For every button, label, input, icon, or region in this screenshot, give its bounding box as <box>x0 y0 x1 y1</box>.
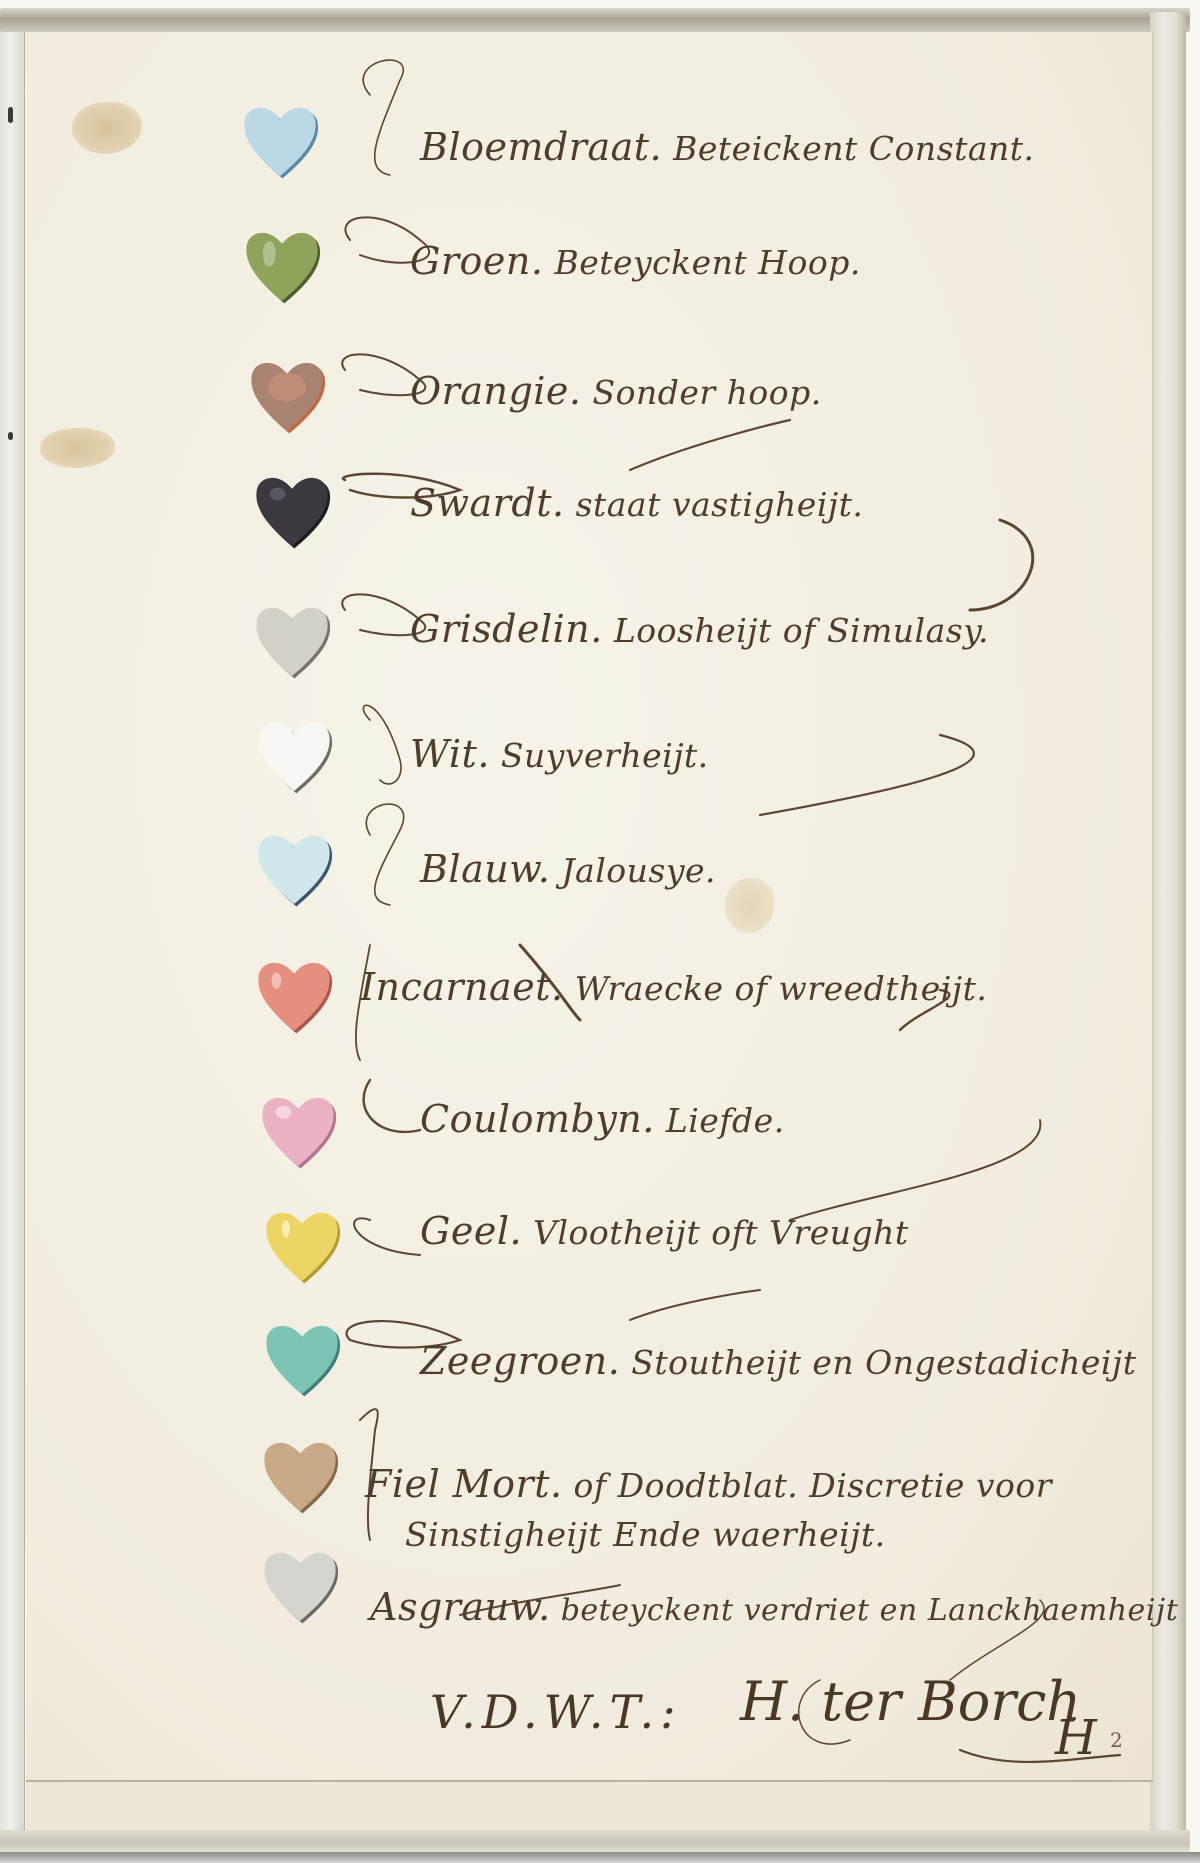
entry-9: Coulombyn. Liefde. <box>420 1100 785 1138</box>
entry-6: Wit. Suyverheijt. <box>410 735 709 773</box>
heart-icon-pink <box>256 1090 340 1170</box>
binding-mark <box>8 107 13 123</box>
entry-12-line-2: Sinstigheijt Ende waerheijt. <box>405 1518 886 1551</box>
entry-color-name: Fiel Mort. <box>365 1462 563 1506</box>
binding-mark <box>8 432 13 440</box>
entry-color-name: Geel. <box>420 1209 522 1253</box>
entry-meaning-continued: Sinstigheijt Ende waerheijt. <box>405 1515 886 1554</box>
entry-2: Groen. Beteyckent Hoop. <box>410 242 861 280</box>
entry-8: Incarnaet. Wraecke of wreedtheijt. <box>360 968 987 1006</box>
entry-5: Grisdelin. Loosheijt of Simulasy. <box>410 610 989 648</box>
heart-icon-white <box>252 715 336 795</box>
entry-color-name: Wit. <box>410 732 490 776</box>
heart-icon-yellow <box>260 1205 344 1285</box>
signature-initials: V.D.W.T.: <box>430 1685 682 1739</box>
entry-meaning: Stoutheijt en Ongestadicheijt <box>631 1343 1136 1382</box>
heart-icon-red <box>252 955 336 1035</box>
heart-icon-green <box>240 225 324 305</box>
entry-color-name: Incarnaet. <box>360 965 564 1009</box>
top-page-edge <box>0 8 1190 32</box>
signature-name: H. ter Borch <box>740 1670 1081 1733</box>
monogram: H <box>1055 1710 1097 1766</box>
entry-color-name: Groen. <box>410 239 543 283</box>
entry-meaning: Wraecke of wreedtheijt. <box>575 969 988 1008</box>
heart-icon-sea-green <box>260 1318 344 1398</box>
entry-meaning: Suyverheijt. <box>501 736 709 775</box>
entry-color-name: Orangie. <box>410 369 582 413</box>
heart-icon-light-blue <box>238 100 322 180</box>
entry-meaning: Loosheijt of Simulasy. <box>614 611 989 650</box>
heart-icon-grey <box>250 600 334 680</box>
bottom-page-edge <box>0 1830 1190 1852</box>
heart-icon-ash-grey <box>258 1545 342 1625</box>
entry-12: Fiel Mort. of Doodtblat. Discretie voor <box>365 1465 1052 1503</box>
entry-meaning: Sonder hoop. <box>593 373 822 412</box>
entry-3: Orangie. Sonder hoop. <box>410 372 822 410</box>
entry-color-name: Blauw. <box>420 847 550 891</box>
heart-icon-tan <box>258 1435 342 1515</box>
entry-1: Bloemdraat. Beteickent Constant. <box>420 128 1035 166</box>
entry-meaning: Vlootheijt oft Vreught <box>533 1213 909 1252</box>
bottom-shadow <box>0 1852 1200 1863</box>
entry-color-name: Bloemdraat. <box>420 125 662 169</box>
entry-meaning: Jalousye. <box>561 851 716 890</box>
manuscript-scan: Bloemdraat. Beteickent Constant. Groen. … <box>0 0 1200 1863</box>
entry-color-name: Asgrauw. <box>370 1585 551 1629</box>
right-page-edge <box>1150 12 1186 1850</box>
entry-color-name: Coulombyn. <box>420 1097 655 1141</box>
entry-meaning: Liefde. <box>666 1101 785 1140</box>
entry-4: Swardt. staat vastigheijt. <box>410 484 863 522</box>
entry-meaning: staat vastigheijt. <box>576 485 864 524</box>
left-binding-edge <box>0 12 25 1852</box>
heart-icon-black <box>250 470 334 550</box>
page-mark: 2 <box>1110 1728 1123 1752</box>
entry-color-name: Swardt. <box>410 481 565 525</box>
entry-10: Geel. Vlootheijt oft Vreught <box>420 1212 909 1250</box>
entry-meaning: of Doodtblat. Discretie voor <box>574 1466 1052 1505</box>
entry-meaning: Beteyckent Hoop. <box>554 243 860 282</box>
entry-meaning: beteyckent verdriet en Lanckhaemheijt <box>561 1593 1179 1628</box>
entry-color-name: Zeegroen. <box>420 1339 620 1383</box>
heart-icon-orange <box>245 355 329 435</box>
paper-lower-strip <box>26 1782 1150 1830</box>
heart-icon-pale-blue <box>252 828 336 908</box>
entry-13: Asgrauw. beteyckent verdriet en Lanckhae… <box>370 1588 1178 1626</box>
entry-color-name: Grisdelin. <box>410 607 603 651</box>
entry-11: Zeegroen. Stoutheijt en Ongestadicheijt <box>420 1342 1136 1380</box>
entry-meaning: Beteickent Constant. <box>673 129 1034 168</box>
entry-7: Blauw. Jalousye. <box>420 850 716 888</box>
